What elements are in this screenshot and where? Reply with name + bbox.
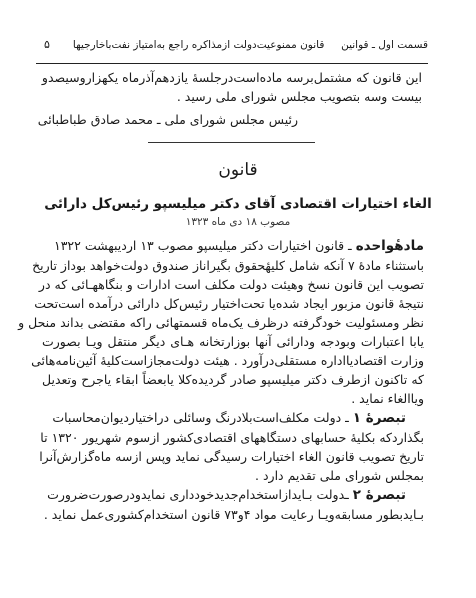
body-line: تاریخ تصویب قانون الغاء اختیارات رسیدگی … bbox=[42, 447, 424, 466]
body-line: که تاکنون ازطرف دکتر میلیسپو صادر گردیده… bbox=[42, 370, 424, 389]
section-heading: قانون bbox=[0, 160, 476, 180]
running-header-right: قسمت اول ـ قوانین قانون ممنوعیت‌دولت ازم… bbox=[73, 39, 428, 51]
running-title: قانون ممنوعیت‌دولت ازمذاکره راجع به‌امتی… bbox=[73, 39, 324, 51]
intro-line: بیست وسه بتصویب مجلس شورای ملی رسید . bbox=[42, 87, 422, 106]
note-2-label: تبصرهٔ ۲ bbox=[353, 487, 406, 503]
body-line: بـایدبطور مسابقه‌ویـا رعایت مواد ۴و۷۳ قا… bbox=[42, 505, 424, 524]
note-1-text: ـ دولت مکلف‌است‌بلادرنگ وسائلی دراختیارد… bbox=[52, 410, 348, 425]
body-line: باستثناء مادهٔ ۷ آنکه شامل کلیهٔحقوق بگی… bbox=[42, 256, 424, 275]
body-line: ویاالغاء نماید . bbox=[42, 389, 424, 408]
approved-date: مصوب ۱۸ دی ماه ۱۳۲۳ bbox=[0, 216, 476, 228]
body-line: بگذاردکه بکلیهٔ حسابهای دستگاههای اقتصاد… bbox=[42, 428, 424, 447]
single-article-first-line: مادهٔواحده ـ قانون اختیارات دکتر میلیسپو… bbox=[42, 236, 424, 256]
law-title: الغاء اختیارات اقتصادی آقای دکتر میلیسپو… bbox=[0, 196, 476, 212]
header-rule bbox=[36, 63, 428, 64]
running-header: قسمت اول ـ قوانین قانون ممنوعیت‌دولت ازم… bbox=[44, 38, 428, 51]
single-article-text: ـ قانون اختیارات دکتر میلیسپو مصوب ۱۳ ار… bbox=[54, 238, 352, 253]
section-separator bbox=[148, 142, 315, 143]
body-line: نظر ومسئولیت خودگرفته درظرف یک‌ماه قسمته… bbox=[42, 313, 424, 332]
body-line: یابا اعتبارات وبودجه ودارائی آنها بوزارت… bbox=[42, 332, 424, 351]
note-1-first-line: تبصرهٔ ۱ ـ دولت مکلف‌است‌بلادرنگ وسائلی … bbox=[42, 408, 424, 428]
signature: رئیس مجلس شورای ملی ـ محمد صادق طباطبائی bbox=[38, 110, 298, 129]
section-label: قسمت اول ـ قوانین bbox=[341, 39, 428, 51]
intro-line: این قانون که مشتمل‌برسه ماده‌است‌درجلسهٔ… bbox=[42, 68, 422, 87]
intro-paragraph: این قانون که مشتمل‌برسه ماده‌است‌درجلسهٔ… bbox=[42, 68, 422, 106]
note-2-first-line: تبصرهٔ ۲ ـدولت بـایدازاستخدام‌جدیدخوددار… bbox=[42, 485, 424, 505]
body-line: وزارت اقتصادیااداره مستقلی‌درآورد . هیئت… bbox=[42, 351, 424, 370]
note-2-text: ـدولت بـایدازاستخدام‌جدیدخودداری نمایدود… bbox=[47, 487, 349, 502]
body-line: نتیجهٔ قانون مزبور ایجاد شده‌یا تحت‌اختی… bbox=[42, 294, 424, 313]
single-article-label: مادهٔواحده bbox=[356, 238, 424, 254]
note-1-label: تبصرهٔ ۱ bbox=[353, 410, 406, 426]
law-body: مادهٔواحده ـ قانون اختیارات دکتر میلیسپو… bbox=[42, 236, 424, 524]
body-line: بمجلس شورای ملی تقدیم دارد . bbox=[42, 466, 424, 485]
document-page: قسمت اول ـ قوانین قانون ممنوعیت‌دولت ازم… bbox=[0, 0, 476, 598]
page-number: ۵ bbox=[44, 38, 50, 51]
body-line: تصویب این قانون نسخ وهیئت دولت مکلف است … bbox=[42, 275, 424, 294]
